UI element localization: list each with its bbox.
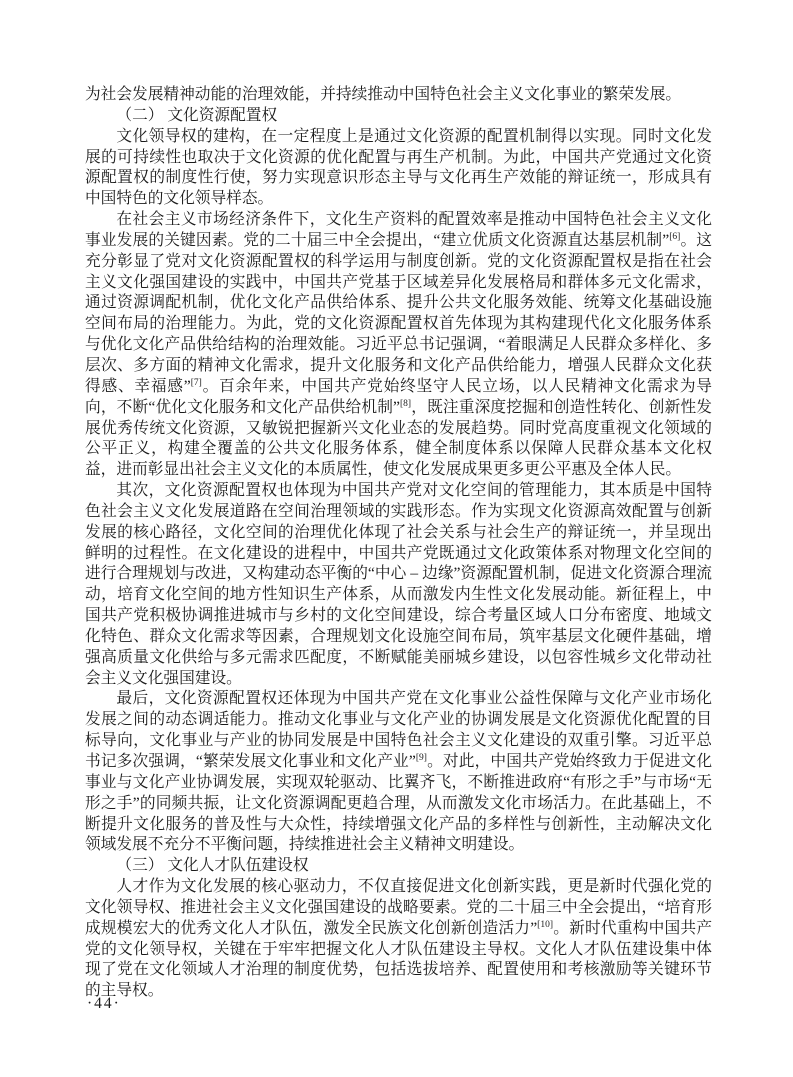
footnote-ref: [8] bbox=[400, 398, 411, 408]
page-number: ·44· bbox=[87, 995, 121, 1013]
paragraph: 其次，文化资源配置权也体现为中国共产党对文化空间的管理能力，其本质是中国特色社会… bbox=[85, 481, 712, 689]
text-run: 其次，文化资源配置权也体现为中国共产党对文化空间的管理能力，其本质是中国特色社会… bbox=[85, 482, 712, 687]
footnote-ref: [9] bbox=[416, 753, 427, 763]
paragraph: 最后，文化资源配置权还体现为中国共产党在文化事业公益性保障与文化产业市场化发展之… bbox=[85, 689, 712, 856]
text-run: （三） 文化人才队伍建设权 bbox=[116, 857, 308, 874]
text-run: 为社会发展精神动能的治理效能，并持续推动中国特色社会主义文化事业的繁荣发展。 bbox=[85, 86, 681, 103]
footnote-ref: [6] bbox=[669, 232, 680, 242]
text-run: 在社会主义市场经济条件下，文化生产资料的配置效率是推动中国特色社会主义文化事业发… bbox=[85, 211, 712, 249]
document-page: 为社会发展精神动能的治理效能，并持续推动中国特色社会主义文化事业的繁荣发展。（二… bbox=[0, 0, 793, 1077]
paragraph: 人才作为文化发展的核心驱动力，不仅直接促进文化创新实践，更是新时代强化党的文化领… bbox=[85, 877, 712, 1002]
footnote-ref: [7] bbox=[191, 378, 202, 388]
section-heading: （二） 文化资源配置权 bbox=[85, 106, 712, 127]
text-run: （二） 文化资源配置权 bbox=[116, 107, 277, 124]
document-body: 为社会发展精神动能的治理效能，并持续推动中国特色社会主义文化事业的繁荣发展。（二… bbox=[85, 85, 712, 1002]
text-run: 文化领导权的建构，在一定程度上是通过文化资源的配置机制得以实现。同时文化发展的可… bbox=[85, 128, 712, 208]
section-heading: （三） 文化人才队伍建设权 bbox=[85, 856, 712, 877]
paragraph: 为社会发展精神动能的治理效能，并持续推动中国特色社会主义文化事业的繁荣发展。 bbox=[85, 85, 712, 106]
paragraph: 在社会主义市场经济条件下，文化生产资料的配置效率是推动中国特色社会主义文化事业发… bbox=[85, 210, 712, 481]
footnote-ref: [10] bbox=[537, 920, 553, 930]
paragraph: 文化领导权的建构，在一定程度上是通过文化资源的配置机制得以实现。同时文化发展的可… bbox=[85, 127, 712, 210]
text-run: 。这充分彰显了党对文化资源配置权的科学运用与制度创新。党的文化资源配置权是指在社… bbox=[85, 232, 712, 395]
